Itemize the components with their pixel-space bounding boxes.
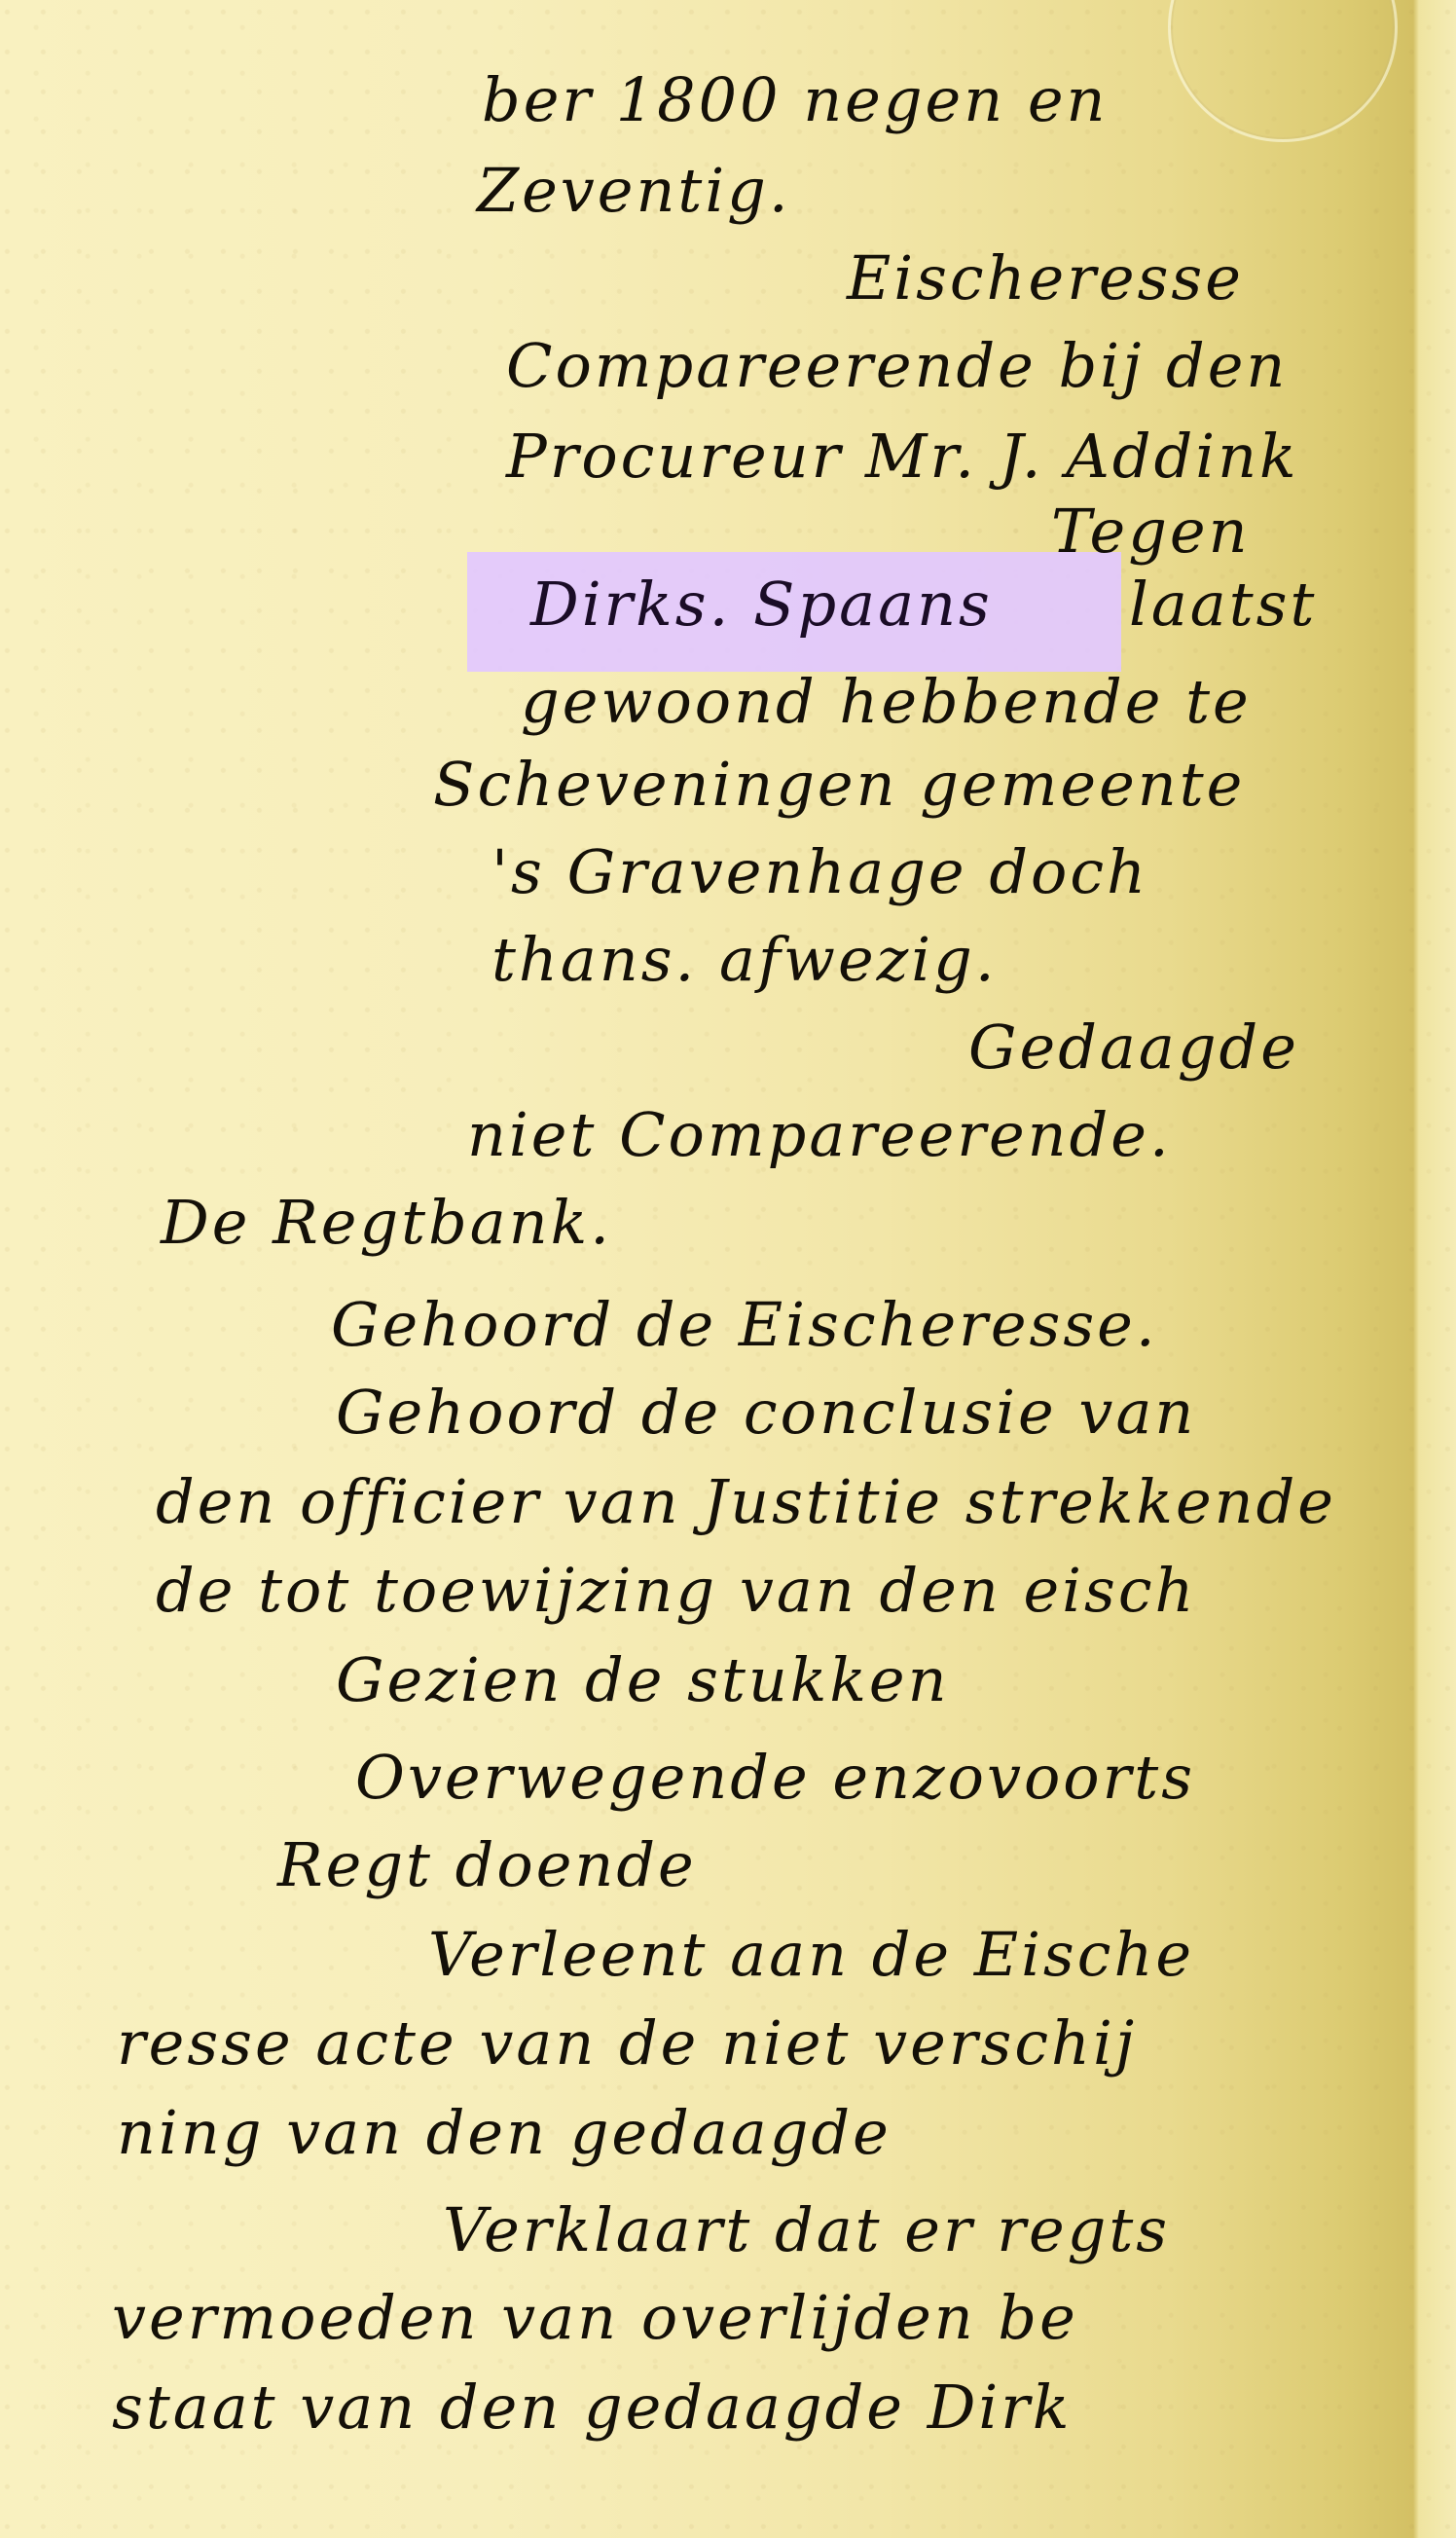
document-page: ber 1800 negen enZeventig.EischeresseCom… — [0, 0, 1456, 2538]
text-line: Compareerende bij den — [506, 336, 1288, 396]
text-line: gewoond hebbende te — [521, 672, 1252, 732]
text-line: De Regtbank. — [161, 1193, 612, 1253]
text-line: Scheveningen gemeente — [433, 754, 1245, 815]
text-line: Overwegende enzovoorts — [355, 1747, 1195, 1808]
text-line: Tegen — [1051, 501, 1251, 562]
text-line: laatst — [1129, 574, 1317, 635]
text-line: Gedaagde — [968, 1017, 1299, 1078]
text-line: staat van den gedaagde Dirk — [112, 2377, 1072, 2438]
text-line: thans. afwezig. — [491, 930, 998, 990]
text-line: ber 1800 negen en — [482, 70, 1108, 130]
text-line: Gezien de stukken — [336, 1650, 950, 1710]
text-line: Gehoord de conclusie van — [336, 1382, 1196, 1443]
text-line: Regt doende — [277, 1835, 697, 1895]
text-line: Verklaart dat er regts — [443, 2200, 1170, 2261]
text-line: de tot toewijzing van den eisch — [156, 1561, 1196, 1621]
text-line: Verleent aan de Eische — [428, 1925, 1194, 1985]
text-line: den officier van Justitie strekkende — [156, 1472, 1336, 1532]
text-line: ning van den gedaagde — [117, 2103, 892, 2163]
embossed-seal-icon — [1168, 0, 1398, 142]
text-line: 's Gravenhage doch — [491, 842, 1148, 902]
highlighted-name-line: Dirks. Spaans — [530, 574, 993, 635]
text-line: vermoeden van overlijden be — [112, 2288, 1078, 2348]
text-line: Eischeresse — [847, 248, 1244, 309]
text-line: Procureur Mr. J. Addink — [506, 426, 1299, 487]
text-line: Gehoord de Eischeresse. — [331, 1295, 1158, 1355]
text-line: resse acte van de niet verschij — [117, 2013, 1137, 2074]
text-line: Zeventig. — [477, 161, 791, 221]
text-line: niet Compareerende. — [467, 1105, 1172, 1165]
